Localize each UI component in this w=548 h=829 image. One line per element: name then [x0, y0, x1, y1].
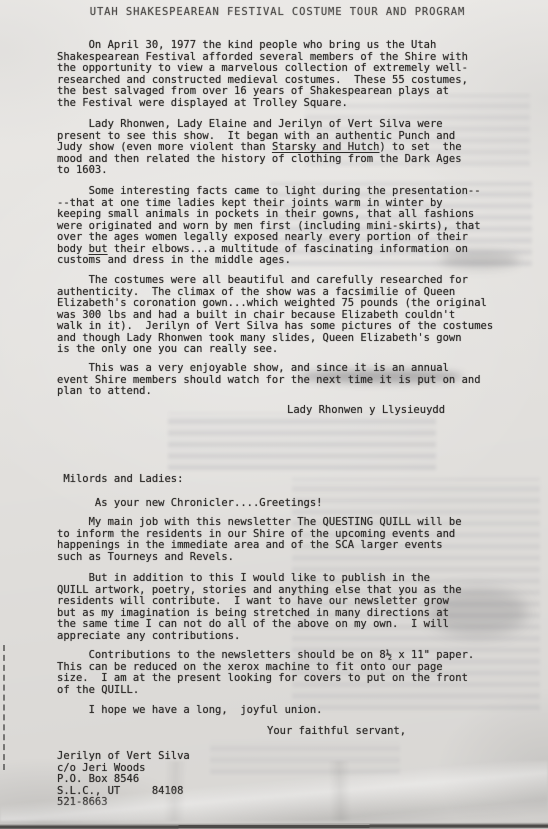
left-edge-marks — [3, 645, 5, 770]
page-title: UTAH SHAKESPEAREAN FESTIVAL COSTUME TOUR… — [57, 7, 498, 19]
letter-paragraph-4: I hope we have a long, joyful union. — [57, 705, 323, 717]
letter-salutation: Milords and Ladies: — [57, 474, 183, 486]
letter-paragraph-2: But in addition to this I would like to … — [57, 573, 462, 642]
article-paragraph-3: Some interesting facts came to light dur… — [57, 186, 481, 267]
letter-paragraph-1: My main job with this newsletter The QUE… — [57, 517, 462, 563]
letter-greeting: As your new Chronicler....Greetings! — [57, 498, 323, 510]
article-signature: Lady Rhonwen y Llysieuydd — [287, 405, 445, 417]
document-content: UTAH SHAKESPEAREAN FESTIVAL COSTUME TOUR… — [57, 0, 498, 829]
article-paragraph-4: The costumes were all beautiful and care… — [57, 275, 493, 356]
article-paragraph-5: This was a very enjoyable show, and sinc… — [57, 363, 481, 398]
article-paragraph-2: Lady Rhonwen, Lady Elaine and Jerilyn of… — [57, 119, 462, 177]
letter-paragraph-3: Contributions to the newsletters should … — [57, 650, 474, 696]
scanned-newsletter-page: UTAH SHAKESPEAREAN FESTIVAL COSTUME TOUR… — [0, 0, 548, 829]
letter-closing: Your faithful servant, — [267, 726, 406, 738]
letter-signature-block: Jerilyn of Vert Silva c/o Jeri Woods P.O… — [57, 751, 190, 809]
article-paragraph-1: On April 30, 1977 the kind people who br… — [57, 40, 468, 109]
